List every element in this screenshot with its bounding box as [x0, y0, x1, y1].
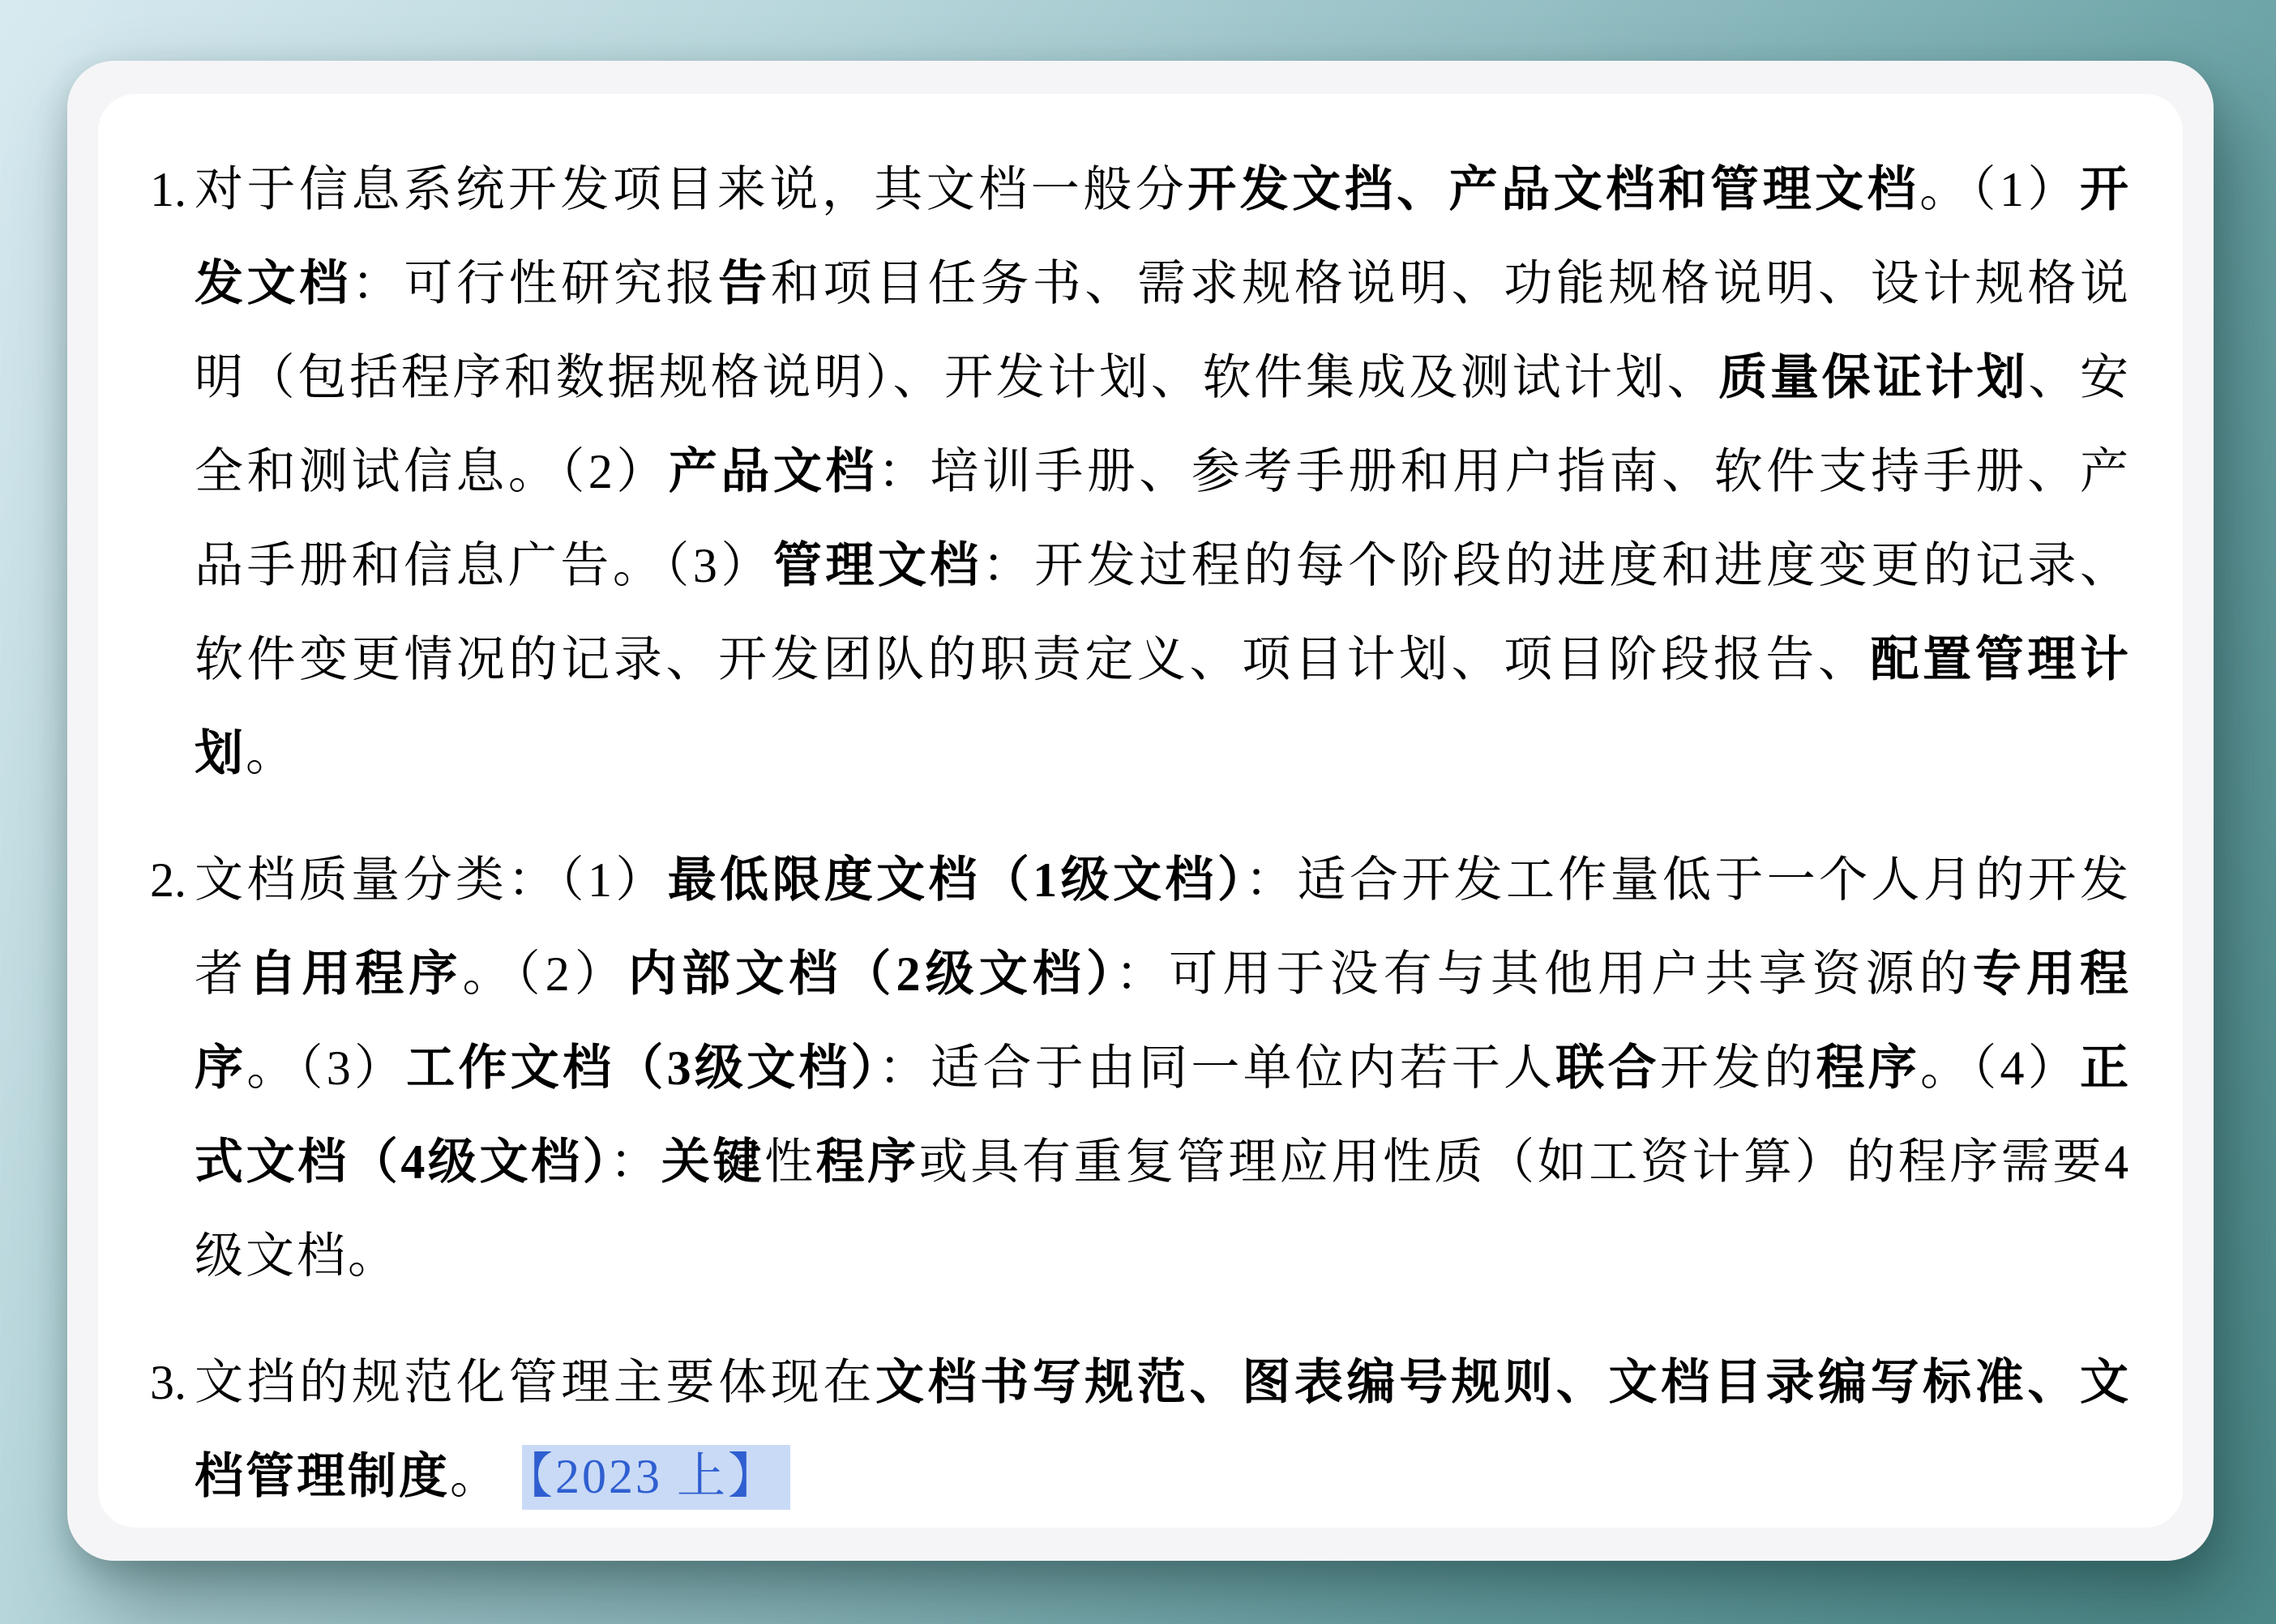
bold-text-segment: 关键: [661, 1135, 764, 1189]
bold-text-segment: 工作文档（3级文档）: [406, 1041, 879, 1095]
item-number: 3.: [150, 1336, 186, 1430]
bold-text-segment: 程序: [816, 1135, 919, 1189]
bold-text-segment: 自用程序: [248, 947, 462, 1001]
list-item-3: 3.文挡的规范化管理主要体现在文档书写规范、图表编号规则、文档目录编写标准、文档…: [150, 1336, 2131, 1524]
bold-text-segment: 程序: [1816, 1041, 1921, 1095]
list-item-1: 1.对于信息系统开发项目来说，其文档一般分开发文挡、产品文档和管理文档。（1）开…: [150, 143, 2131, 801]
text-segment: 对于信息系统开发项目来说，其文档一般分: [195, 163, 1187, 216]
text-segment: ：可行性研究报: [352, 257, 718, 310]
item-number: 1.: [150, 143, 186, 237]
bold-text-segment: 开发文挡、产品文档和管理文档: [1187, 163, 1919, 216]
note-card-frame: 1.对于信息系统开发项目来说，其文档一般分开发文挡、产品文档和管理文档。（1）开…: [67, 61, 2214, 1561]
bold-text-segment: 管理文档: [773, 539, 982, 592]
bold-text-segment: 内部文档（2级文档）: [628, 947, 1115, 1001]
text-segment: 文档质量分类：（1）: [195, 853, 668, 907]
item-number: 2.: [150, 833, 186, 927]
bold-text-segment: 联合: [1555, 1041, 1660, 1095]
exam-year-tag: 【2023 上】: [522, 1445, 790, 1510]
bold-text-segment: 产品文档: [669, 445, 878, 498]
bold-text-segment: 质量保证计划: [1718, 351, 2028, 404]
bold-text-segment: 最低限度文档（1级文档）: [668, 853, 1245, 907]
text-segment: 文挡的规范化管理主要体现在: [195, 1356, 875, 1409]
text-segment: 开发的: [1660, 1041, 1816, 1095]
text-segment: 。（3）: [246, 1041, 406, 1095]
text-segment: 性: [764, 1135, 816, 1189]
text-segment: 告: [718, 256, 771, 310]
note-card: 1.对于信息系统开发项目来说，其文档一般分开发文挡、产品文档和管理文档。（1）开…: [98, 94, 2183, 1528]
text-segment: 。（1）: [1919, 163, 2080, 216]
text-segment: ：: [610, 1135, 661, 1189]
text-segment: ：适合于由同一单位内若干人: [879, 1041, 1555, 1095]
list-item-2: 2.文档质量分类：（1）最低限度文档（1级文档）：适合开发工作量低于一个人月的开…: [150, 833, 2131, 1303]
text-segment: ：可用于没有与其他用户共享资源的: [1115, 947, 1973, 1001]
text-segment: 。: [246, 727, 297, 780]
text-segment: 。（2）: [463, 947, 628, 1001]
page-background: 1.对于信息系统开发项目来说，其文档一般分开发文挡、产品文档和管理文档。（1）开…: [0, 0, 2276, 1624]
numbered-list: 1.对于信息系统开发项目来说，其文档一般分开发文挡、产品文档和管理文档。（1）开…: [150, 143, 2131, 1524]
text-segment: 。: [450, 1450, 501, 1503]
text-segment: 。（4）: [1920, 1041, 2080, 1095]
